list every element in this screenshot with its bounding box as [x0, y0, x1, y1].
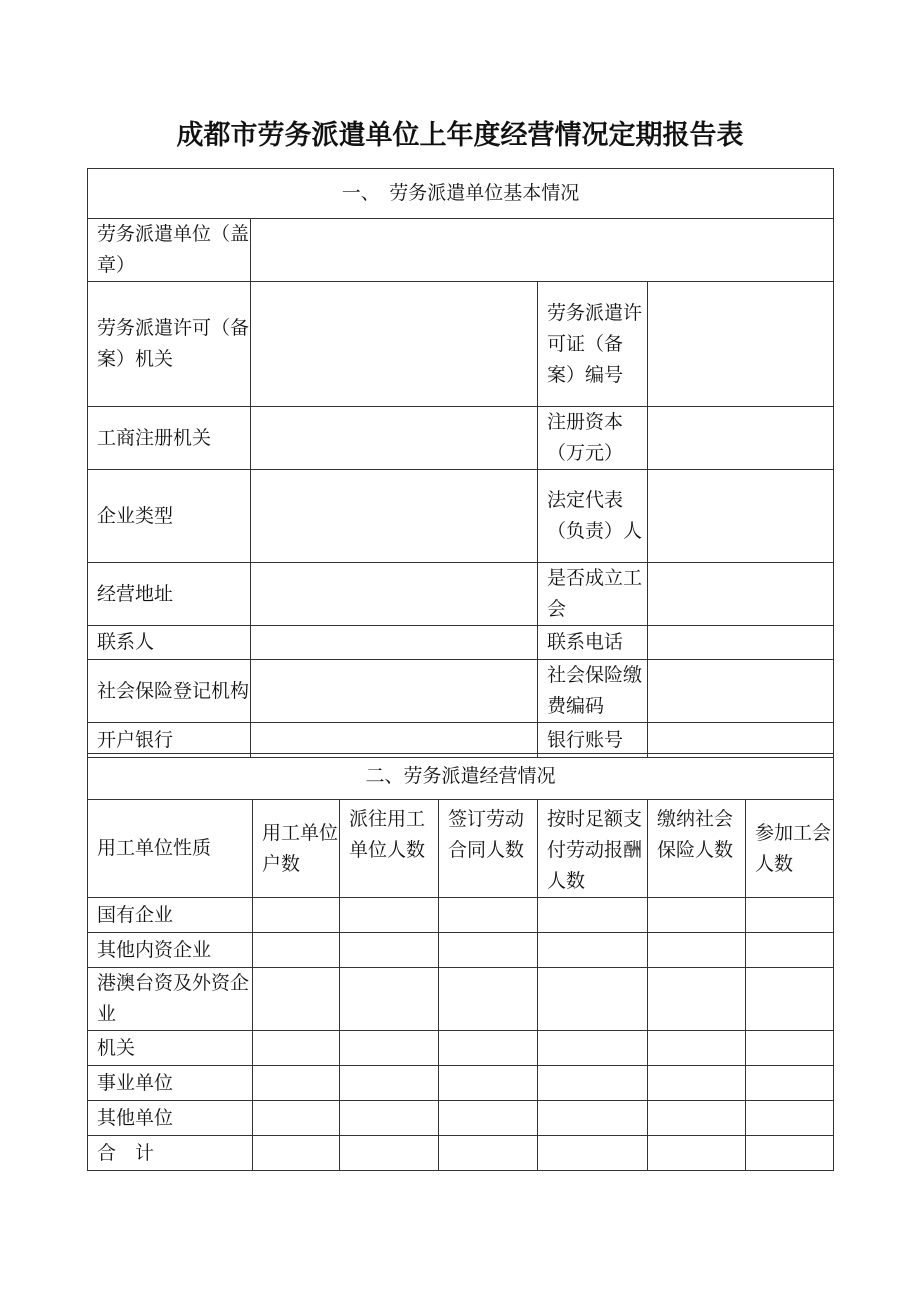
data-cell[interactable]: [253, 1066, 340, 1101]
data-cell[interactable]: [439, 1066, 538, 1101]
license-authority-label: 劳务派遣许可（备案）机关: [88, 282, 251, 407]
data-cell[interactable]: [746, 1066, 834, 1101]
data-cell[interactable]: [746, 1031, 834, 1066]
row-label: 机关: [88, 1031, 253, 1066]
data-cell[interactable]: [648, 1031, 746, 1066]
data-cell[interactable]: [648, 1136, 746, 1171]
data-cell[interactable]: [538, 933, 648, 968]
column-header: 参加工会人数: [746, 800, 834, 898]
data-cell[interactable]: [746, 933, 834, 968]
table-row: 其他单位: [88, 1101, 834, 1136]
license-authority-field[interactable]: [251, 282, 538, 407]
column-header: 用工单位户数: [253, 800, 340, 898]
data-cell[interactable]: [253, 1101, 340, 1136]
data-cell[interactable]: [253, 968, 340, 1031]
data-cell[interactable]: [746, 898, 834, 933]
row-label: 其他单位: [88, 1101, 253, 1136]
social-insurance-code-field[interactable]: [648, 660, 834, 723]
unit-stamp-label: 劳务派遣单位（盖章）: [88, 219, 251, 282]
license-number-field[interactable]: [648, 282, 834, 407]
union-established-field[interactable]: [648, 563, 834, 626]
data-cell[interactable]: [439, 1031, 538, 1066]
data-cell[interactable]: [439, 1101, 538, 1136]
data-cell[interactable]: [253, 898, 340, 933]
social-insurance-agency-field[interactable]: [251, 660, 538, 723]
column-header: 派往用工单位人数: [340, 800, 439, 898]
data-cell[interactable]: [340, 1136, 439, 1171]
data-cell[interactable]: [538, 1101, 648, 1136]
data-cell[interactable]: [538, 1136, 648, 1171]
legal-representative-field[interactable]: [648, 470, 834, 563]
enterprise-type-field[interactable]: [251, 470, 538, 563]
data-cell[interactable]: [439, 968, 538, 1031]
data-cell[interactable]: [648, 1101, 746, 1136]
data-cell[interactable]: [253, 1136, 340, 1171]
social-insurance-code-label: 社会保险缴费编码: [538, 660, 648, 723]
enterprise-type-label: 企业类型: [88, 470, 251, 563]
business-address-field[interactable]: [251, 563, 538, 626]
table-row: 国有企业: [88, 898, 834, 933]
data-cell[interactable]: [439, 898, 538, 933]
data-cell[interactable]: [340, 1101, 439, 1136]
registration-authority-label: 工商注册机关: [88, 407, 251, 470]
column-header: 签订劳动合同人数: [439, 800, 538, 898]
column-header: 缴纳社会保险人数: [648, 800, 746, 898]
table-row: 港澳台资及外资企业: [88, 968, 834, 1031]
data-cell[interactable]: [538, 968, 648, 1031]
data-cell[interactable]: [538, 1066, 648, 1101]
basic-info-table: 一、 劳务派遣单位基本情况 劳务派遣单位（盖章） 劳务派遣许可（备案）机关 劳务…: [87, 168, 834, 758]
data-cell[interactable]: [648, 898, 746, 933]
data-cell[interactable]: [340, 933, 439, 968]
data-cell[interactable]: [648, 968, 746, 1031]
table-row: 事业单位: [88, 1066, 834, 1101]
table-row: 其他内资企业: [88, 933, 834, 968]
data-cell[interactable]: [746, 1136, 834, 1171]
data-cell[interactable]: [746, 968, 834, 1031]
data-cell[interactable]: [439, 1136, 538, 1171]
row-label: 港澳台资及外资企业: [88, 968, 253, 1031]
legal-representative-label: 法定代表（负责）人: [538, 470, 648, 563]
data-cell[interactable]: [340, 1066, 439, 1101]
social-insurance-agency-label: 社会保险登记机构: [88, 660, 251, 723]
data-cell[interactable]: [746, 1101, 834, 1136]
data-cell[interactable]: [538, 1031, 648, 1066]
data-cell[interactable]: [340, 898, 439, 933]
data-cell[interactable]: [253, 933, 340, 968]
page-title: 成都市劳务派遣单位上年度经营情况定期报告表: [0, 116, 920, 156]
registered-capital-field[interactable]: [648, 407, 834, 470]
data-cell[interactable]: [648, 933, 746, 968]
column-header: 用工单位性质: [88, 800, 253, 898]
row-label: 其他内资企业: [88, 933, 253, 968]
row-label: 国有企业: [88, 898, 253, 933]
data-cell[interactable]: [439, 933, 538, 968]
operations-table: 二、劳务派遣经营情况 用工单位性质 用工单位户数 派往用工单位人数 签订劳动合同…: [87, 753, 834, 1171]
data-cell[interactable]: [648, 1066, 746, 1101]
registration-authority-field[interactable]: [251, 407, 538, 470]
data-cell[interactable]: [340, 968, 439, 1031]
section1-header: 一、 劳务派遣单位基本情况: [88, 169, 834, 219]
business-address-label: 经营地址: [88, 563, 251, 626]
union-established-label: 是否成立工会: [538, 563, 648, 626]
data-cell[interactable]: [340, 1031, 439, 1066]
contact-phone-field[interactable]: [648, 626, 834, 660]
column-header: 按时足额支付劳动报酬人数: [538, 800, 648, 898]
section2-header: 二、劳务派遣经营情况: [88, 754, 834, 800]
table-row: 机关: [88, 1031, 834, 1066]
data-cell[interactable]: [253, 1031, 340, 1066]
contact-phone-label: 联系电话: [538, 626, 648, 660]
unit-stamp-field[interactable]: [251, 219, 834, 282]
total-row: 合 计: [88, 1136, 834, 1171]
contact-person-label: 联系人: [88, 626, 251, 660]
license-number-label: 劳务派遣许可证（备案）编号: [538, 282, 648, 407]
registered-capital-label: 注册资本（万元）: [538, 407, 648, 470]
row-label: 合 计: [88, 1136, 253, 1171]
contact-person-field[interactable]: [251, 626, 538, 660]
row-label: 事业单位: [88, 1066, 253, 1101]
data-cell[interactable]: [538, 898, 648, 933]
